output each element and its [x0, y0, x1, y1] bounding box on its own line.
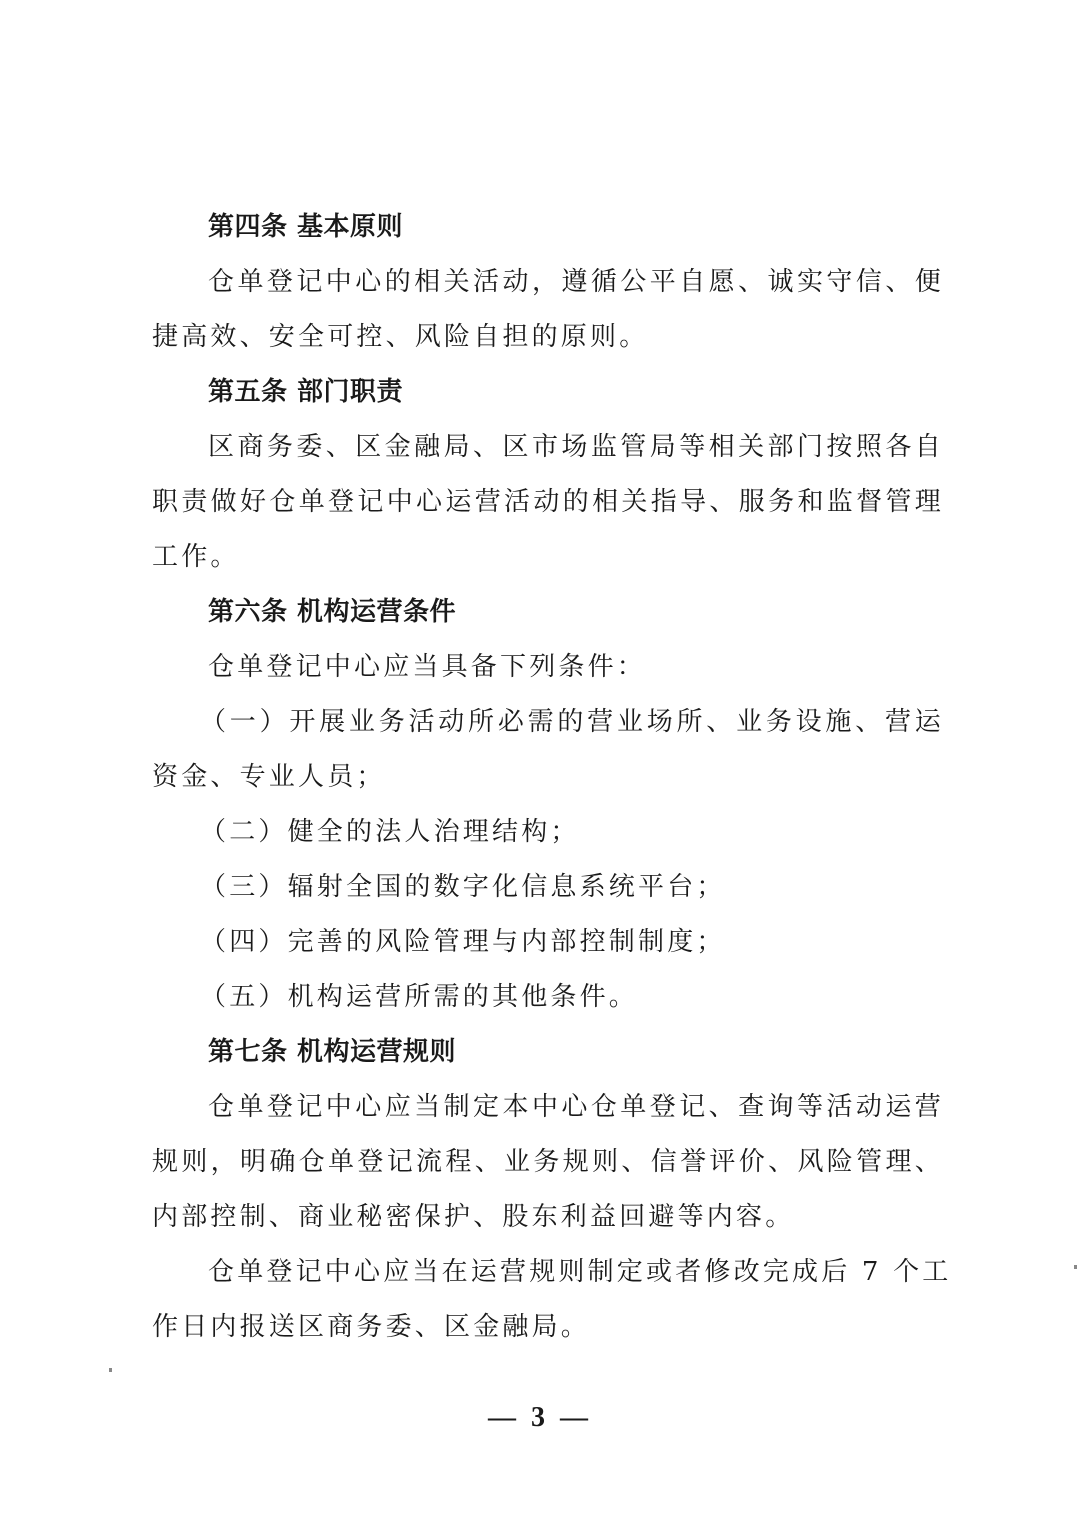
article-4-paragraph-line: 仓单登记中心的相关活动，遵循公平自愿、诚实守信、便	[208, 267, 944, 297]
article-7-heading: 第七条 机构运营规则	[208, 1037, 1008, 1067]
article-5-paragraph-line: 区商务委、区金融局、区市场监管局等相关部门按照各自	[208, 432, 944, 462]
article-6-list-item-1: （一）开展业务活动所必需的营业场所、业务设施、营运	[200, 707, 944, 737]
article-6-list-item-5: （五）机构运营所需的其他条件。	[200, 982, 1000, 1012]
article-5-paragraph-line: 工作。	[152, 542, 952, 572]
scan-artifact	[1074, 1265, 1077, 1269]
article-4-paragraph-line: 捷高效、安全可控、风险自担的原则。	[152, 322, 952, 352]
document-page: 第四条 基本原则 仓单登记中心的相关活动，遵循公平自愿、诚实守信、便 捷高效、安…	[0, 0, 1080, 1537]
article-7-paragraph-line: 仓单登记中心应当制定本中心仓单登记、查询等活动运营	[208, 1092, 944, 1122]
article-6-list-item-4: （四）完善的风险管理与内部控制制度；	[200, 927, 1000, 957]
article-7-paragraph-line: 规则，明确仓单登记流程、业务规则、信誉评价、风险管理、	[152, 1147, 944, 1177]
article-6-list-item-2: （二）健全的法人治理结构；	[200, 817, 1000, 847]
article-7-paragraph-line: 作日内报送区商务委、区金融局。	[152, 1312, 952, 1342]
article-6-list-item-1-cont: 资金、专业人员；	[152, 762, 952, 792]
article-6-heading: 第六条 机构运营条件	[208, 597, 1008, 627]
article-7-paragraph-line: 仓单登记中心应当在运营规则制定或者修改完成后 7 个工	[208, 1257, 944, 1287]
article-4-heading: 第四条 基本原则	[208, 212, 1008, 242]
page-number: — 3 —	[0, 1402, 1080, 1434]
article-6-paragraph-line: 仓单登记中心应当具备下列条件：	[208, 652, 1008, 682]
scan-artifact	[109, 1368, 112, 1372]
article-5-paragraph-line: 职责做好仓单登记中心运营活动的相关指导、服务和监督管理	[152, 487, 944, 517]
article-5-heading: 第五条 部门职责	[208, 377, 1008, 407]
article-7-paragraph-line: 内部控制、商业秘密保护、股东利益回避等内容。	[152, 1202, 952, 1232]
article-6-list-item-3: （三）辐射全国的数字化信息系统平台；	[200, 872, 1000, 902]
